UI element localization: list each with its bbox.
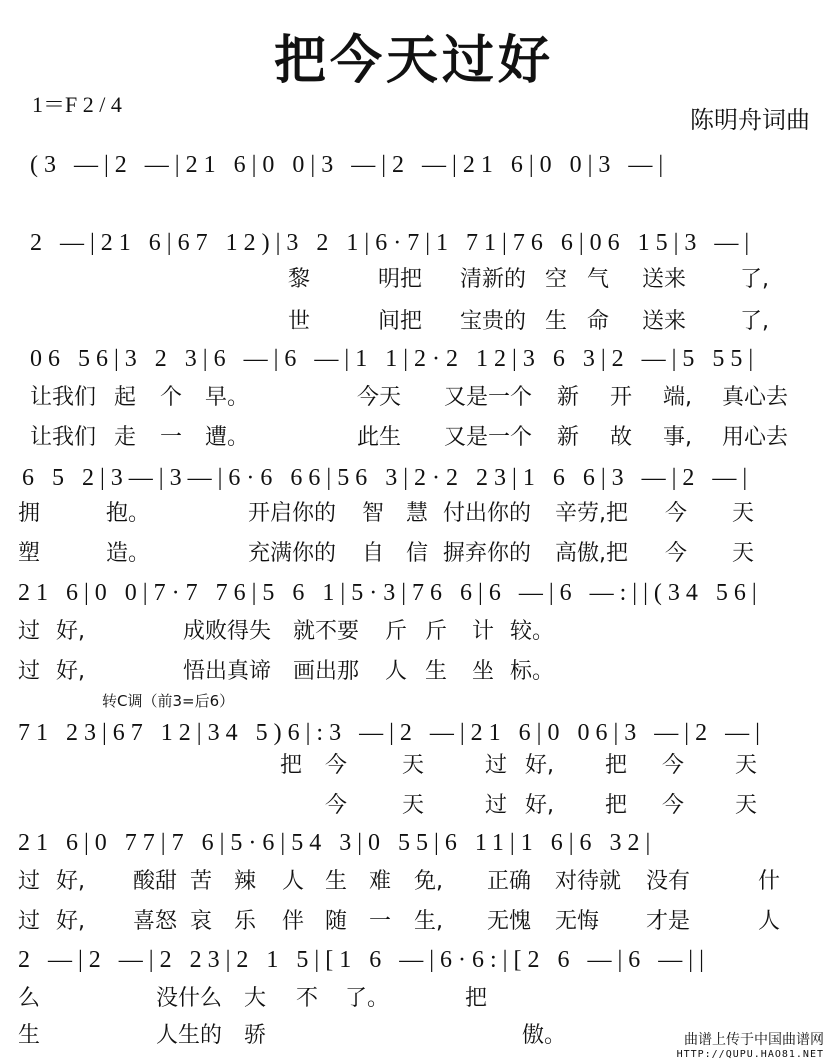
author-credit: 陈明舟词曲	[690, 100, 810, 135]
lyric-word: 摒弃你的	[443, 540, 531, 568]
lyric-word: 好,	[56, 868, 85, 896]
lyric-word: 又是一个	[444, 384, 532, 412]
watermark-site-name: 曲谱上传于中国曲谱网	[677, 1029, 824, 1049]
lyric-word: 过	[485, 752, 507, 780]
lyric-word: 哀	[190, 908, 212, 936]
lyric-word: 人	[758, 908, 780, 936]
lyric-word: 计	[472, 618, 494, 646]
lyric-word: 把	[465, 985, 487, 1013]
lyric-word: 生	[545, 308, 567, 336]
lyric-word: 苦	[190, 868, 212, 896]
notation-line: 2 —|2 —|2 23|2 1 5|[1 6 —|6·6:|[2 6 —|6 …	[18, 945, 710, 975]
lyric-word: 故	[610, 424, 632, 452]
lyric-word: 造。	[106, 540, 150, 568]
lyric-word: 清新的	[460, 266, 526, 294]
lyric-word: 酸甜	[133, 868, 177, 896]
lyric-word: 事,	[663, 424, 692, 452]
lyric-word: 付出你的	[443, 500, 531, 528]
lyric-word: 过	[18, 908, 40, 936]
lyric-word: 拥	[18, 500, 40, 528]
lyric-word: 今	[665, 500, 687, 528]
lyric-word: 好,	[56, 618, 85, 646]
lyric-word: 慧	[406, 500, 428, 528]
lyric-word: 抱。	[106, 500, 150, 528]
lyric-word: 无悔	[555, 908, 599, 936]
lyric-word: 高傲,把	[555, 540, 628, 568]
lyric-word: 今	[665, 540, 687, 568]
lyric-word: 好,	[56, 908, 85, 936]
notation-line: 06 56|3 2 3|6 —|6 —|1 1|2·2 12|3 6 3|2 —…	[30, 344, 759, 374]
lyric-word: 标。	[510, 658, 554, 686]
lyric-word: 辛劳,把	[555, 500, 628, 528]
lyric-word: 了,	[740, 266, 769, 294]
watermark: 曲谱上传于中国曲谱网 HTTP://QUPU.HAO81.NET	[677, 1029, 824, 1060]
lyric-word: 生	[325, 868, 347, 896]
lyric-word: 么	[18, 985, 40, 1013]
lyric-word: 生	[425, 658, 447, 686]
lyric-word: 正确	[487, 868, 531, 896]
lyric-word: 天	[732, 540, 754, 568]
lyric-word: 过	[485, 792, 507, 820]
lyric-word: 人	[282, 868, 304, 896]
lyric-word: 宝贵的	[460, 308, 526, 336]
lyric-word: 新	[557, 424, 579, 452]
lyric-word: 人生的	[156, 1022, 222, 1050]
lyric-word: 又是一个	[444, 424, 532, 452]
lyric-word: 今	[325, 752, 347, 780]
lyric-word: 喜怒	[133, 908, 177, 936]
lyric-word: 让我们	[30, 384, 96, 412]
lyric-word: 坐	[472, 658, 494, 686]
lyric-word: 个	[160, 384, 182, 412]
lyric-word: 自	[362, 540, 384, 568]
notation-line: (3 —|2 —|21 6|0 0|3 —|2 —|21 6|0 0|3 —|	[30, 150, 669, 180]
lyric-word: 端,	[663, 384, 692, 412]
lyric-word: 大	[244, 985, 266, 1013]
key-time-signature: 1＝F 2 / 4	[32, 88, 122, 119]
notation-line: 21 6|0 0|7·7 76|5 6 1|5·3|76 6|6 —|6 —:|…	[18, 578, 763, 608]
lyric-word: 随	[325, 908, 347, 936]
lyric-word: 开启你的	[248, 500, 336, 528]
lyric-word: 世	[288, 308, 310, 336]
lyric-word: 塑	[18, 540, 40, 568]
modulation-note: 转C调（前3=后6）	[102, 690, 234, 711]
lyric-word: 天	[402, 752, 424, 780]
lyric-word: 悟出真谛	[183, 658, 271, 686]
lyric-word: 真心去	[722, 384, 788, 412]
lyric-word: 把	[605, 792, 627, 820]
lyric-word: 了。	[345, 985, 389, 1013]
lyric-word: 走	[114, 424, 136, 452]
lyric-word: 生	[18, 1022, 40, 1050]
lyric-word: 今	[662, 752, 684, 780]
lyric-word: 不	[296, 985, 318, 1013]
lyric-word: 天	[732, 500, 754, 528]
lyric-word: 让我们	[30, 424, 96, 452]
lyric-word: 对待就	[555, 868, 621, 896]
lyric-word: 伴	[282, 908, 304, 936]
lyric-word: 起	[114, 384, 136, 412]
lyric-word: 什	[758, 868, 780, 896]
lyric-word: 生,	[414, 908, 443, 936]
lyric-word: 命	[587, 308, 609, 336]
lyric-word: 人	[385, 658, 407, 686]
lyric-word: 早。	[205, 384, 249, 412]
lyric-word: 骄	[244, 1022, 266, 1050]
lyric-word: 无愧	[487, 908, 531, 936]
lyric-word: 好,	[525, 792, 554, 820]
lyric-word: 天	[735, 792, 757, 820]
lyric-word: 过	[18, 658, 40, 686]
lyric-word: 没有	[646, 868, 690, 896]
lyric-word: 充满你的	[248, 540, 336, 568]
lyric-word: 把	[605, 752, 627, 780]
lyric-word: 天	[735, 752, 757, 780]
lyric-word: 明把	[378, 266, 422, 294]
lyric-word: 送来	[642, 308, 686, 336]
lyric-word: 一	[160, 424, 182, 452]
lyric-word: 间把	[378, 308, 422, 336]
notation-line: 2 —|21 6|67 12)|3 2 1|6·7|1 71|76 6|06 1…	[30, 228, 755, 258]
lyric-word: 一	[369, 908, 391, 936]
notation-line: 21 6|0 77|7 6|5·6|54 3|0 55|6 11|1 6|6 3…	[18, 828, 656, 858]
lyric-word: 今天	[357, 384, 401, 412]
lyric-word: 斤	[425, 618, 447, 646]
lyric-word: 才是	[646, 908, 690, 936]
lyric-word: 智	[362, 500, 384, 528]
lyric-word: 乐	[234, 908, 256, 936]
lyric-word: 信	[406, 540, 428, 568]
lyric-word: 气	[587, 266, 609, 294]
lyric-word: 免,	[414, 868, 443, 896]
lyric-word: 没什么	[156, 985, 222, 1013]
lyric-word: 空	[545, 266, 567, 294]
lyric-word: 黎	[288, 266, 310, 294]
lyric-word: 开	[610, 384, 632, 412]
watermark-url: HTTP://QUPU.HAO81.NET	[677, 1049, 824, 1060]
lyric-word: 天	[402, 792, 424, 820]
notation-line: 6 5 2|3—|3—|6·6 66|56 3|2·2 23|1 6 6|3 —…	[22, 463, 753, 493]
lyric-word: 遭。	[205, 424, 249, 452]
song-title: 把今天过好	[0, 18, 828, 93]
lyric-word: 较。	[510, 618, 554, 646]
lyric-word: 今	[662, 792, 684, 820]
lyric-word: 今	[325, 792, 347, 820]
notation-line: 71 23|67 12|34 5)6|:3 —|2 —|21 6|0 06|3 …	[18, 718, 766, 748]
lyric-word: 新	[557, 384, 579, 412]
lyric-word: 就不要	[293, 618, 359, 646]
lyric-word: 了,	[740, 308, 769, 336]
lyric-word: 好,	[525, 752, 554, 780]
lyric-word: 过	[18, 618, 40, 646]
lyric-word: 好,	[56, 658, 85, 686]
lyric-word: 把	[280, 752, 302, 780]
lyric-word: 过	[18, 868, 40, 896]
lyric-word: 此生	[357, 424, 401, 452]
lyric-word: 画出那	[293, 658, 359, 686]
lyric-word: 斤	[385, 618, 407, 646]
lyric-word: 傲。	[522, 1022, 566, 1050]
lyric-word: 用心去	[722, 424, 788, 452]
lyric-word: 成败得失	[183, 618, 271, 646]
lyric-word: 难	[369, 868, 391, 896]
lyric-word: 送来	[642, 266, 686, 294]
lyric-word: 辣	[234, 868, 256, 896]
